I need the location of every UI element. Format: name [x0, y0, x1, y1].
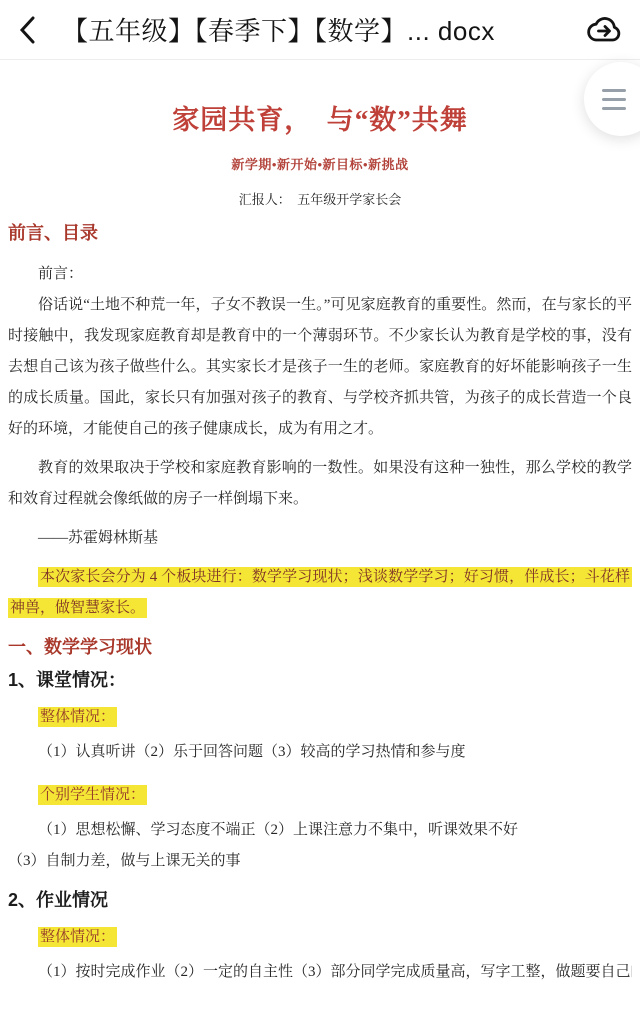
overall-label-2-highlight: 整体情况：: [38, 927, 117, 947]
individual-items-line1: （1）思想松懈、学习态度不端正（2）上课注意力不集中，听课效果不好: [8, 815, 632, 846]
document-page: 家园共育， 与“数”共舞 新学期•新开始•新目标•新挑战 汇报人： 五年级开学家…: [0, 106, 640, 988]
reporter-line: 汇报人： 五年级开学家长会: [8, 189, 632, 208]
preface-paragraph-2: 教育的效果取决于学校和家庭教育影响的一数性。如果没有这种一独性，那么学校的教学和…: [8, 453, 632, 515]
agenda-highlight: 本次家长会分为 4 个板块进行：数学学习现状；浅谈数学学习；好习惯，伴成长；斗花…: [8, 567, 632, 618]
subsection-homework-heading: 2、作业情况: [8, 891, 632, 910]
chevron-left-icon: [18, 15, 36, 45]
section1-heading: 一、数学学习现状: [8, 638, 632, 657]
top-nav-bar: 【五年级】【春季下】【数学】... docx: [0, 0, 640, 60]
individual-label-highlight: 个别学生情况：: [38, 785, 147, 805]
individual-label: 个别学生情况：: [8, 780, 632, 811]
cloud-share-icon: [584, 13, 626, 47]
classroom-overall-items: （1）认真听讲（2）乐于回答问题（3）较高的学习热情和参与度: [8, 737, 632, 768]
hamburger-bar: [602, 89, 626, 92]
hamburger-bar: [602, 107, 626, 110]
homework-overall-items: （1）按时完成作业（2）一定的自主性（3）部分同学完成质量高，写字工整，做题要自…: [8, 957, 632, 988]
agenda-paragraph: 本次家长会分为 4 个板块进行：数学学习现状；浅谈数学学习；好习惯，伴成长；斗花…: [8, 562, 632, 624]
document-filename: 【五年级】【春季下】【数学】... docx: [62, 11, 580, 48]
hamburger-bar: [602, 98, 626, 101]
preface-paragraph-1: 俗话说“土地不种荒一年，子女不教误一生。”可见家庭教育的重要性。然而，在与家长的…: [8, 290, 632, 445]
document-subtitle: 新学期•新开始•新目标•新挑战: [8, 154, 632, 173]
overall-label-1-highlight: 整体情况：: [38, 707, 117, 727]
document-viewer-screen: 【五年级】【春季下】【数学】... docx 家园共育， 与“数”共舞 新学期•…: [0, 0, 640, 1018]
individual-items-line2: （3）自制力差，做与上课无关的事: [8, 846, 632, 877]
back-button[interactable]: [18, 13, 48, 47]
share-button[interactable]: [580, 10, 626, 50]
subsection-classroom-heading: 1、课堂情况：: [8, 671, 632, 690]
overall-label-2: 整体情况：: [8, 922, 632, 953]
quote-attribution: ——苏霍姆林斯基: [8, 523, 632, 554]
document-title: 家园共育， 与“数”共舞: [8, 106, 632, 134]
preface-heading: 前言、目录: [8, 224, 632, 243]
overall-label-1: 整体情况：: [8, 702, 632, 733]
preface-label: 前言：: [8, 259, 632, 290]
